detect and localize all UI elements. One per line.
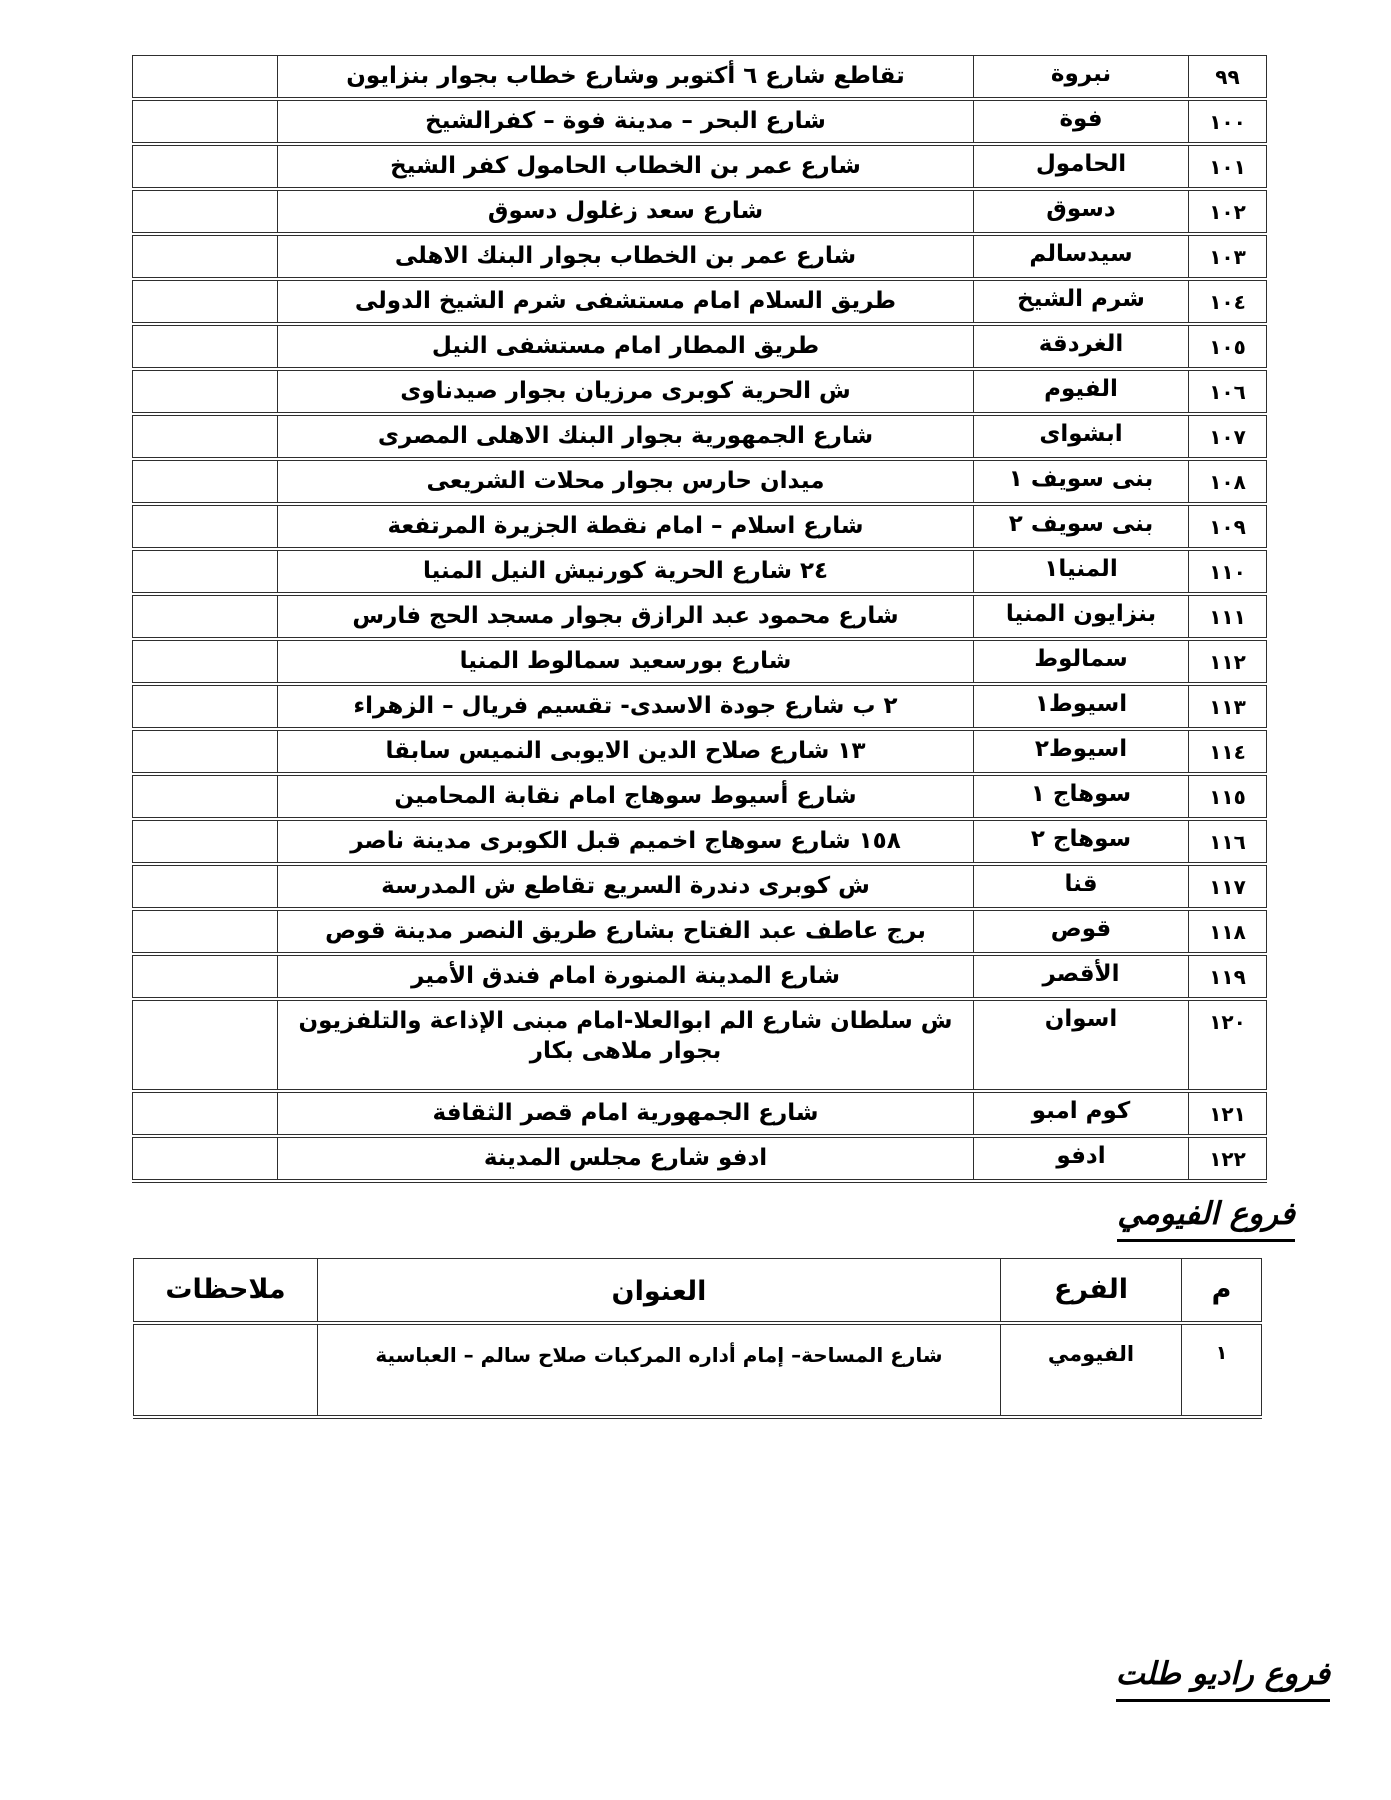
fayoumi-section-heading: فروع الفيومي xyxy=(0,1195,1295,1242)
branch-address-cell: شارع المدينة المنورة امام فندق الأمير xyxy=(277,956,973,997)
row-number-cell: ١٠٧ xyxy=(1188,416,1266,457)
notes-cell xyxy=(133,191,277,232)
document-page: ٩٩ نبروة تقاطع شارع ٦ أكتوبر وشارع خطاب … xyxy=(0,0,1391,1800)
branch-address-cell: ادفو شارع مجلس المدينة xyxy=(277,1138,973,1179)
branch-address-cell: شارع محمود عبد الرازق بجوار مسجد الحج فا… xyxy=(277,596,973,637)
branch-address-cell: ش كوبرى دندرة السريع تقاطع ش المدرسة xyxy=(277,866,973,907)
branches-table: ٩٩ نبروة تقاطع شارع ٦ أكتوبر وشارع خطاب … xyxy=(132,55,1267,1183)
notes-cell xyxy=(133,776,277,817)
branch-address-cell: برج عاطف عبد الفتاح بشارع طريق النصر مدي… xyxy=(277,911,973,952)
branch-name-cell: نبروة xyxy=(973,56,1188,97)
table-row: ١١٥ سوهاج ١ شارع أسيوط سوهاج امام نقابة … xyxy=(132,775,1267,818)
notes-cell xyxy=(133,281,277,322)
notes-cell xyxy=(134,1325,317,1415)
notes-cell xyxy=(133,911,277,952)
row-number-cell: ١١٦ xyxy=(1188,821,1266,862)
branch-address-cell: شارع بورسعيد سمالوط المنيا xyxy=(277,641,973,682)
branch-address-cell: ش الحرية كوبرى مرزيان بجوار صيدناوى xyxy=(277,371,973,412)
row-number-cell: ١١٠ xyxy=(1188,551,1266,592)
row-number-cell: ١١٤ xyxy=(1188,731,1266,772)
table-row: ١١٤ اسيوط٢ ١٣ شارع صلاح الدين الايوبى ال… xyxy=(132,730,1267,773)
table-row: ١٠٥ الغردقة طريق المطار امام مستشفى الني… xyxy=(132,325,1267,368)
notes-cell xyxy=(133,1001,277,1089)
header-number: م xyxy=(1181,1259,1261,1321)
notes-cell xyxy=(133,101,277,142)
notes-cell xyxy=(133,236,277,277)
branch-name-cell: ابشواى xyxy=(973,416,1188,457)
table-row: ١٢٢ ادفو ادفو شارع مجلس المدينة xyxy=(132,1137,1267,1180)
branch-address-cell: تقاطع شارع ٦ أكتوبر وشارع خطاب بجوار بنز… xyxy=(277,56,973,97)
radio-section-heading: فروع راديو طلت xyxy=(0,1655,1330,1702)
row-number-cell: ١١٢ xyxy=(1188,641,1266,682)
branch-address-cell: شارع عمر بن الخطاب الحامول كفر الشيخ xyxy=(277,146,973,187)
fayoumi-table-header-row: م الفرع العنوان ملاحظات xyxy=(133,1258,1262,1322)
branch-name-cell: فوة xyxy=(973,101,1188,142)
table-row: ١١٧ قنا ش كوبرى دندرة السريع تقاطع ش الم… xyxy=(132,865,1267,908)
branch-name-cell: شرم الشيخ xyxy=(973,281,1188,322)
fayoumi-table: م الفرع العنوان ملاحظات ١ الفيومي شارع ا… xyxy=(133,1258,1262,1419)
row-number-cell: ١٢٠ xyxy=(1188,1001,1266,1089)
branch-name-cell: دسوق xyxy=(973,191,1188,232)
table-row: ١١١ بنزايون المنيا شارع محمود عبد الرازق… xyxy=(132,595,1267,638)
branch-address-cell: ١٣ شارع صلاح الدين الايوبى النميس سابقا xyxy=(277,731,973,772)
notes-cell xyxy=(133,461,277,502)
notes-cell xyxy=(133,956,277,997)
notes-cell xyxy=(133,1093,277,1134)
row-number-cell: ١٠٢ xyxy=(1188,191,1266,232)
row-number-cell: ١١٨ xyxy=(1188,911,1266,952)
table-row: ١٠٦ الفيوم ش الحرية كوبرى مرزيان بجوار ص… xyxy=(132,370,1267,413)
table-row: ١٠٢ دسوق شارع سعد زغلول دسوق xyxy=(132,190,1267,233)
branch-address-cell: شارع الجمهورية بجوار البنك الاهلى المصرى xyxy=(277,416,973,457)
notes-cell xyxy=(133,416,277,457)
table-row: ١٠٩ بنى سويف ٢ شارع اسلام – امام نقطة ال… xyxy=(132,505,1267,548)
row-number-cell: ١٠١ xyxy=(1188,146,1266,187)
notes-cell xyxy=(133,326,277,367)
notes-cell xyxy=(133,56,277,97)
branch-name-cell: الأقصر xyxy=(973,956,1188,997)
branch-address-cell: شارع اسلام – امام نقطة الجزيرة المرتفعة xyxy=(277,506,973,547)
row-number-cell: ١١٧ xyxy=(1188,866,1266,907)
header-address: العنوان xyxy=(317,1259,1000,1321)
table-row: ١٠٨ بنى سويف ١ ميدان حارس بجوار محلات ال… xyxy=(132,460,1267,503)
row-number-cell: ١١١ xyxy=(1188,596,1266,637)
branch-address-cell: شارع البحر – مدينة فوة – كفرالشيخ xyxy=(277,101,973,142)
table-row: ١٠٤ شرم الشيخ طريق السلام امام مستشفى شر… xyxy=(132,280,1267,323)
branch-name-cell: بنى سويف ٢ xyxy=(973,506,1188,547)
branch-name-cell: سوهاج ١ xyxy=(973,776,1188,817)
branch-name-cell: قنا xyxy=(973,866,1188,907)
row-number-cell: ١١٣ xyxy=(1188,686,1266,727)
branch-name-cell: بنزايون المنيا xyxy=(973,596,1188,637)
row-number-cell: ١٢٢ xyxy=(1188,1138,1266,1179)
table-row: ٩٩ نبروة تقاطع شارع ٦ أكتوبر وشارع خطاب … xyxy=(132,55,1267,98)
header-notes: ملاحظات xyxy=(134,1259,317,1321)
branch-name-cell: سوهاج ٢ xyxy=(973,821,1188,862)
branch-name-cell: بنى سويف ١ xyxy=(973,461,1188,502)
table-row: ١٠٧ ابشواى شارع الجمهورية بجوار البنك ال… xyxy=(132,415,1267,458)
row-number-cell: ١٠٤ xyxy=(1188,281,1266,322)
branch-name-cell: الحامول xyxy=(973,146,1188,187)
branch-address-cell: ش سلطان شارع الم ابوالعلا-امام مبنى الإذ… xyxy=(277,1001,973,1089)
branch-name-cell: المنيا١ xyxy=(973,551,1188,592)
table-row: ١٠٣ سيدسالم شارع عمر بن الخطاب بجوار الب… xyxy=(132,235,1267,278)
notes-cell xyxy=(133,146,277,187)
fayoumi-table-body: ١ الفيومي شارع المساحة– إمام أداره المرك… xyxy=(133,1324,1262,1416)
table-row: ١ الفيومي شارع المساحة– إمام أداره المرك… xyxy=(133,1324,1262,1416)
row-number-cell: ١٠٥ xyxy=(1188,326,1266,367)
branch-address-cell: ٢ ب شارع جودة الاسدى- تقسيم فريال – الزه… xyxy=(277,686,973,727)
branch-name-cell: الفيوم xyxy=(973,371,1188,412)
notes-cell xyxy=(133,731,277,772)
table-row: ١١٨ قوص برج عاطف عبد الفتاح بشارع طريق ا… xyxy=(132,910,1267,953)
notes-cell xyxy=(133,686,277,727)
row-number-cell: ١٠٣ xyxy=(1188,236,1266,277)
fayoumi-heading-text: فروع الفيومي xyxy=(1117,1195,1295,1242)
row-number-cell: ١٢١ xyxy=(1188,1093,1266,1134)
notes-cell xyxy=(133,821,277,862)
table-row: ١٢٠ اسوان ش سلطان شارع الم ابوالعلا-امام… xyxy=(132,1000,1267,1090)
radio-heading-text: فروع راديو طلت xyxy=(1116,1655,1330,1702)
branch-address-cell: طريق السلام امام مستشفى شرم الشيخ الدولى xyxy=(277,281,973,322)
table-row: ١٢١ كوم امبو شارع الجمهورية امام قصر الث… xyxy=(132,1092,1267,1135)
branch-address-cell: شارع المساحة– إمام أداره المركبات صلاح س… xyxy=(317,1325,1000,1415)
notes-cell xyxy=(133,506,277,547)
branch-address-cell: ٢٤ شارع الحرية كورنيش النيل المنيا xyxy=(277,551,973,592)
table-row: ١١٩ الأقصر شارع المدينة المنورة امام فند… xyxy=(132,955,1267,998)
branch-name-cell: كوم امبو xyxy=(973,1093,1188,1134)
branch-name-cell: ادفو xyxy=(973,1138,1188,1179)
table-row: ١١٦ سوهاج ٢ ١٥٨ شارع سوهاج اخميم قبل الك… xyxy=(132,820,1267,863)
row-number-cell: ١١٩ xyxy=(1188,956,1266,997)
branch-name-cell: الفيومي xyxy=(1000,1325,1181,1415)
branch-name-cell: اسيوط١ xyxy=(973,686,1188,727)
notes-cell xyxy=(133,866,277,907)
table-row: ١٠٠ فوة شارع البحر – مدينة فوة – كفرالشي… xyxy=(132,100,1267,143)
branch-address-cell: طريق المطار امام مستشفى النيل xyxy=(277,326,973,367)
notes-cell xyxy=(133,641,277,682)
branch-name-cell: سيدسالم xyxy=(973,236,1188,277)
branch-address-cell: شارع عمر بن الخطاب بجوار البنك الاهلى xyxy=(277,236,973,277)
branch-name-cell: اسيوط٢ xyxy=(973,731,1188,772)
table-row: ١١٢ سمالوط شارع بورسعيد سمالوط المنيا xyxy=(132,640,1267,683)
table-row: ١١٣ اسيوط١ ٢ ب شارع جودة الاسدى- تقسيم ف… xyxy=(132,685,1267,728)
branch-name-cell: سمالوط xyxy=(973,641,1188,682)
row-number-cell: ١٠٩ xyxy=(1188,506,1266,547)
branch-name-cell: الغردقة xyxy=(973,326,1188,367)
row-number-cell: ١٠٦ xyxy=(1188,371,1266,412)
row-number-cell: ١ xyxy=(1181,1325,1261,1415)
notes-cell xyxy=(133,551,277,592)
row-number-cell: ١١٥ xyxy=(1188,776,1266,817)
branch-name-cell: قوص xyxy=(973,911,1188,952)
branch-address-cell: شارع الجمهورية امام قصر الثقافة xyxy=(277,1093,973,1134)
notes-cell xyxy=(133,596,277,637)
branch-address-cell: شارع سعد زغلول دسوق xyxy=(277,191,973,232)
row-number-cell: ١٠٠ xyxy=(1188,101,1266,142)
notes-cell xyxy=(133,371,277,412)
row-number-cell: ٩٩ xyxy=(1188,56,1266,97)
table-row: ١١٠ المنيا١ ٢٤ شارع الحرية كورنيش النيل … xyxy=(132,550,1267,593)
branch-address-cell: ١٥٨ شارع سوهاج اخميم قبل الكوبرى مدينة ن… xyxy=(277,821,973,862)
notes-cell xyxy=(133,1138,277,1179)
branch-address-cell: ميدان حارس بجوار محلات الشريعى xyxy=(277,461,973,502)
branch-name-cell: اسوان xyxy=(973,1001,1188,1089)
row-number-cell: ١٠٨ xyxy=(1188,461,1266,502)
header-branch: الفرع xyxy=(1000,1259,1181,1321)
branch-address-cell: شارع أسيوط سوهاج امام نقابة المحامين xyxy=(277,776,973,817)
table-row: ١٠١ الحامول شارع عمر بن الخطاب الحامول ك… xyxy=(132,145,1267,188)
